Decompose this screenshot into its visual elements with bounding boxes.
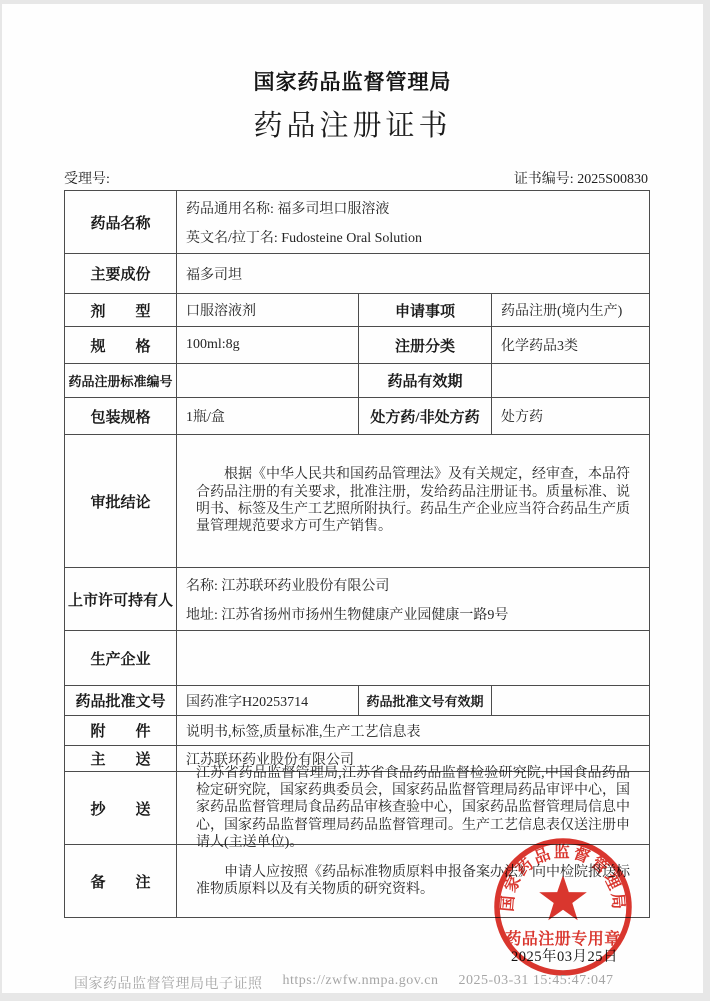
attachments-label: 附 件 xyxy=(65,716,177,745)
package-spec-label: 包装规格 xyxy=(65,398,177,434)
approval-conclusion-cell: 根据《中华人民共和国药品管理法》及有关规定，经审查，本品符合药品注册的有关要求，… xyxy=(177,435,649,567)
mah-name-line: 名称: 江苏联环药业股份有限公司 xyxy=(186,575,389,595)
rx-type-value: 处方药 xyxy=(492,398,649,434)
table-row-package-spec: 包装规格 1瓶/盒 处方药/非处方药 处方药 xyxy=(65,398,649,435)
footer-timestamp: 2025-03-31 15:45:47:047 xyxy=(459,973,614,993)
drug-validity-label: 药品有效期 xyxy=(359,364,492,397)
mah-address-line: 地址: 江苏省扬州市扬州生物健康产业园健康一路9号 xyxy=(186,604,508,624)
table-row-drug-name: 药品名称 药品通用名称: 福多司坦口服溶液 英文名/拉丁名: Fudostein… xyxy=(65,191,649,254)
table-row-manufacturer: 生产企业 xyxy=(65,631,649,686)
approval-number-value: 国药准字H20253714 xyxy=(177,686,359,715)
reg-category-label: 注册分类 xyxy=(359,327,492,363)
table-row-spec: 规 格 100ml:8g 注册分类 化学药品3类 xyxy=(65,327,649,364)
certificate-number-label: 证书编号: xyxy=(514,172,574,187)
table-row-approval-conclusion: 审批结论 根据《中华人民共和国药品管理法》及有关规定，经审查，本品符合药品注册的… xyxy=(65,435,649,568)
seal-type-text: 药品注册专用章 xyxy=(505,929,621,948)
approval-number-label: 药品批准文号 xyxy=(65,686,177,715)
footer: 国家药品监督管理局电子证照 https://zwfw.nmpa.gov.cn 2… xyxy=(74,973,614,993)
approval-number-validity-label: 药品批准文号有效期 xyxy=(359,686,492,715)
footer-url: https://zwfw.nmpa.gov.cn xyxy=(283,973,439,993)
issuing-org-title: 国家药品监督管理局 xyxy=(2,66,703,96)
star-icon xyxy=(539,875,587,920)
manufacturer-value xyxy=(177,631,649,685)
certificate-table: 药品名称 药品通用名称: 福多司坦口服溶液 英文名/拉丁名: Fudostein… xyxy=(64,190,650,918)
main-recipient-label: 主 送 xyxy=(65,746,177,771)
approval-number-validity-value xyxy=(492,686,649,715)
attachments-value: 说明书,标签,质量标准,生产工艺信息表 xyxy=(177,716,649,745)
official-seal: 国家药品监督管理局 药品注册专用章 xyxy=(488,832,638,982)
application-item-value: 药品注册(境内生产) xyxy=(492,294,649,326)
certificate-number-value: 2025S00830 xyxy=(577,172,648,187)
main-ingredient-label: 主要成份 xyxy=(65,254,177,293)
drug-validity-value xyxy=(492,364,649,397)
table-row-main-ingredient: 主要成份 福多司坦 xyxy=(65,254,649,294)
approval-conclusion-text: 根据《中华人民共和国药品管理法》及有关规定，经审查，本品符合药品注册的有关要求，… xyxy=(186,462,640,539)
table-row-attachments: 附 件 说明书,标签,质量标准,生产工艺信息表 xyxy=(65,716,649,746)
rx-type-label: 处方药/非处方药 xyxy=(359,398,492,434)
remarks-label: 备 注 xyxy=(65,845,177,917)
standard-number-label: 药品注册标准编号 xyxy=(65,364,177,397)
mah-value: 名称: 江苏联环药业股份有限公司 地址: 江苏省扬州市扬州生物健康产业园健康一路… xyxy=(177,568,649,630)
dosage-form-value: 口服溶液剂 xyxy=(177,294,359,326)
drug-name-label: 药品名称 xyxy=(65,191,177,253)
cc-label: 抄 送 xyxy=(65,772,177,844)
footer-elicense-label: 国家药品监督管理局电子证照 xyxy=(74,973,263,993)
package-spec-value: 1瓶/盒 xyxy=(177,398,359,434)
spec-value: 100ml:8g xyxy=(177,327,359,363)
meta-line: 受理号: 证书编号: 2025S00830 xyxy=(64,168,648,188)
standard-number-value xyxy=(177,364,359,397)
approval-conclusion-label: 审批结论 xyxy=(65,435,177,567)
main-ingredient-value: 福多司坦 xyxy=(177,254,649,293)
dosage-form-label: 剂 型 xyxy=(65,294,177,326)
table-row-mah: 上市许可持有人 名称: 江苏联环药业股份有限公司 地址: 江苏省扬州市扬州生物健… xyxy=(65,568,649,631)
manufacturer-label: 生产企业 xyxy=(65,631,177,685)
mah-label: 上市许可持有人 xyxy=(65,568,177,630)
spec-label: 规 格 xyxy=(65,327,177,363)
generic-name-line: 药品通用名称: 福多司坦口服溶液 xyxy=(186,198,389,218)
certificate-page: 国家药品监督管理局 药品注册证书 受理号: 证书编号: 2025S00830 药… xyxy=(2,4,703,993)
certificate-number: 证书编号: 2025S00830 xyxy=(514,168,648,188)
document-title: 药品注册证书 xyxy=(2,103,703,144)
application-item-label: 申请事项 xyxy=(359,294,492,326)
table-row-standard-number: 药品注册标准编号 药品有效期 xyxy=(65,364,649,398)
drug-name-value: 药品通用名称: 福多司坦口服溶液 英文名/拉丁名: Fudosteine Ora… xyxy=(177,191,649,253)
table-row-approval-number: 药品批准文号 国药准字H20253714 药品批准文号有效期 xyxy=(65,686,649,716)
acceptance-number-label: 受理号: xyxy=(64,168,110,188)
table-row-dosage-form: 剂 型 口服溶液剂 申请事项 药品注册(境内生产) xyxy=(65,294,649,327)
reg-category-value: 化学药品3类 xyxy=(492,327,649,363)
english-name-line: 英文名/拉丁名: Fudosteine Oral Solution xyxy=(186,227,422,247)
